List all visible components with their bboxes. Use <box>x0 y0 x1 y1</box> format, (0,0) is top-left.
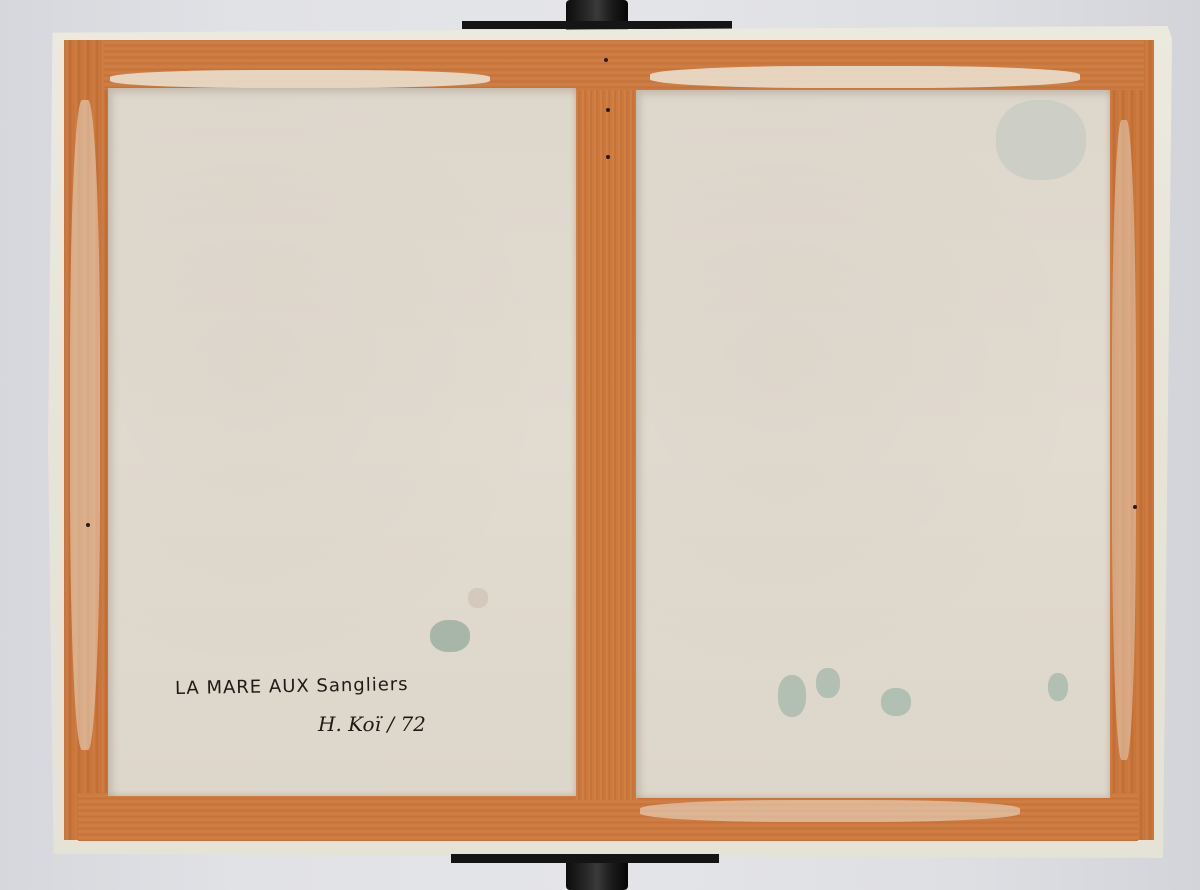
paint-smear <box>70 100 100 750</box>
blue-gray-stain <box>996 100 1086 180</box>
green-paint-stain <box>430 620 470 652</box>
nail-hole <box>1133 505 1137 509</box>
paint-smear <box>110 70 490 88</box>
green-paint-stain <box>881 688 911 716</box>
artist-signature: H. Koï / 72 <box>318 712 426 736</box>
green-paint-stain <box>778 675 806 717</box>
easel-top-clamp <box>462 21 732 29</box>
paint-smear <box>640 800 1020 822</box>
easel-bottom-clamp <box>451 854 719 863</box>
nail-hole <box>86 523 90 527</box>
canvas-panel-right <box>636 90 1110 798</box>
green-paint-stain <box>1048 673 1068 701</box>
stretcher-crossbar <box>575 90 638 800</box>
painting-title-inscription: LA MARE AUX Sangliers <box>175 674 409 699</box>
nail-hole <box>604 58 608 62</box>
paint-stain <box>468 588 488 608</box>
nail-hole <box>606 155 610 159</box>
green-paint-stain <box>816 668 840 698</box>
paint-smear <box>1112 120 1136 760</box>
paint-smear <box>650 66 1080 88</box>
nail-hole <box>606 108 610 112</box>
